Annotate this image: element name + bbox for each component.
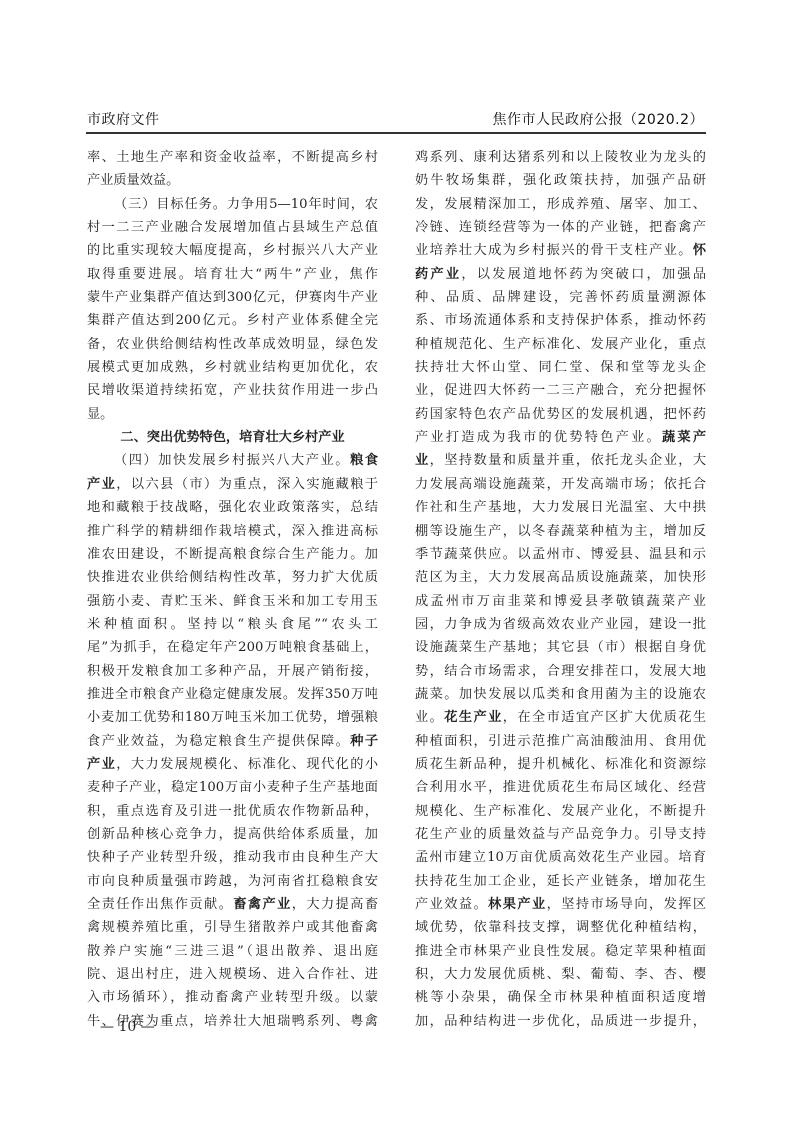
text-segment: 率、土地生产率和资金收益率，不断提高乡村 <box>87 150 378 165</box>
text-line: 积，重点选育及引进一批优质农作物新品种， <box>87 800 378 823</box>
text-line: 桃等小杂果，确保全市林果种植面积适度增 <box>415 986 706 1009</box>
text-line: 范区为主，大力发展高品质设施蔬菜，加快形 <box>415 566 706 589</box>
text-segment: 全责任作出焦作贡献。 <box>87 897 233 912</box>
text-line: 产业打造成为我市的优势特色产业。蔬菜产 <box>415 426 706 449</box>
bold-keyword: 种子 <box>350 734 378 749</box>
text-segment: ，以发展道地怀药为突破口，加强品 <box>461 267 706 282</box>
text-segment: 产业效益。 <box>415 897 488 912</box>
text-segment: ，大力发展规模化、标准化、现代化的小 <box>116 757 378 772</box>
text-segment: 冷链、连锁经营等为一体的产业链，把畜禽产 <box>415 220 706 235</box>
text-segment: 村一二三产业融合发展增加值占县域生产总值 <box>87 220 378 235</box>
text-line: 展模式更加成熟，乡村就业结构更加优化，农 <box>87 356 378 379</box>
text-line: 积，大力发展优质桃、梨、葡萄、李、杏、樱 <box>415 963 706 986</box>
text-segment: 准农田建设，不断提高粮食综合生产能力。加 <box>87 547 378 562</box>
text-segment: 发，发展精深加工，形成养殖、屠宰、加工、 <box>415 197 706 212</box>
text-segment: 快种子产业转型升级，推动我市由良种生产大 <box>87 850 378 865</box>
text-segment: （三）目标任务。力争用5—10年时间，农 <box>114 197 378 212</box>
text-segment: 食产业效益，为稳定粮食生产提供保障。 <box>87 734 350 749</box>
text-line: 备，农业供给侧结构性改革成效明显，绿色发 <box>87 333 378 356</box>
text-line: 快推进农业供给侧结构性改革，努力扩大优质 <box>87 566 378 589</box>
text-segment: 力发展高端设施蔬菜，开发高端市场；依托合 <box>415 477 706 492</box>
text-line: 业培养壮大成为乡村振兴的骨干支柱产业。怀 <box>415 239 706 262</box>
text-line: 扶持壮大怀山堂、同仁堂、保和堂等龙头企 <box>415 356 706 379</box>
text-segment: 取得重要进展。培育壮大“两牛”产业，焦作 <box>87 267 378 282</box>
text-line: 季节蔬菜供应。以孟州市、博爱县、温县和示 <box>415 543 706 566</box>
text-line: 加，品种结构进一步优化，品质进一步提升， <box>415 1010 706 1033</box>
text-line: 质花生新品种，提升机械化、标准化和资源综 <box>415 753 706 776</box>
text-line: 推进全市粮食产业稳定健康发展。发挥350万吨 <box>87 683 378 706</box>
text-line: 市向良种质量强市跨越，为河南省扛稳粮食安 <box>87 870 378 893</box>
text-line: 创新品种核心竞争力，提高供给体系质量，加 <box>87 823 378 846</box>
text-line: 系、市场流通体系和支持保护体系，推动怀药 <box>415 309 706 332</box>
text-segment: 市向良种质量强市跨越，为河南省扛稳粮食安 <box>87 874 378 889</box>
bold-keyword: 蔬菜产 <box>662 430 706 445</box>
text-line: 业，促进四大怀药一二三产融合，充分把握怀 <box>415 379 706 402</box>
text-segment: 二、突出优势特色，培育壮大乡村产业 <box>120 430 344 445</box>
text-segment: 域优势，依靠科技支撑，调整优化种植结构， <box>415 920 706 935</box>
text-line: 作社和生产基地，大力发展日光温室、大中拱 <box>415 496 706 519</box>
text-line: 小麦加工优势和180万吨玉米加工优势，增强粮 <box>87 706 378 729</box>
text-segment: ，坚持数量和质量并重，依托龙头企业，大 <box>430 453 706 468</box>
text-line: 规模化、生产标准化、发展产业化，不断提升 <box>415 800 706 823</box>
text-segment: 药国家特色农产品优势区的发展机遇，把怀药 <box>415 407 706 422</box>
text-line: 取得重要进展。培育壮大“两牛”产业，焦作 <box>87 263 378 286</box>
text-segment: ，坚持市场导向，发挥区 <box>547 897 706 912</box>
text-segment: 质花生新品种，提升机械化、标准化和资源综 <box>415 757 706 772</box>
text-segment: 奶牛牧场集群，强化政策扶持，加强产品研 <box>415 173 706 188</box>
text-segment: 蒙牛产业集群产值达到300亿元，伊赛肉牛产业 <box>87 290 378 305</box>
bold-keyword: 粮食 <box>350 453 378 468</box>
text-segment: 强筋小麦、青贮玉米、鲜食玉米和加工专用玉 <box>87 594 378 609</box>
text-segment: ，以六县（市）为重点，深入实施藏粮于 <box>116 477 378 492</box>
text-line: 率、土地生产率和资金收益率，不断提高乡村 <box>87 146 378 169</box>
text-segment: 麦种子产业，稳定100万亩小麦种子生产基地面 <box>87 780 378 795</box>
text-segment: 入市场循环），推动畜禽产业转型升级。以蒙 <box>87 990 378 1005</box>
text-segment: 设施蔬菜生产基地；其它县（市）根据自身优 <box>415 640 706 655</box>
text-segment: 业，促进四大怀药一二三产融合，充分把握怀 <box>415 383 706 398</box>
text-line: 产业，大力发展规模化、标准化、现代化的小 <box>87 753 378 776</box>
text-line: 成孟州市万亩韭菜和博爱县孝敬镇蔬菜产业 <box>415 590 706 613</box>
text-line: 集群产值达到200亿元。乡村产业体系健全完 <box>87 309 378 332</box>
text-line: （四）加快发展乡村振兴八大产业。粮食 <box>87 449 378 472</box>
text-line: 全责任作出焦作贡献。畜禽产业，大力提高畜 <box>87 893 378 916</box>
text-line: 业，坚持数量和质量并重，依托龙头企业，大 <box>415 449 706 472</box>
text-line: 村一二三产业融合发展增加值占县域生产总值 <box>87 216 378 239</box>
text-line: 尾”为抓手，在稳定年产200万吨粮食基础上， <box>87 636 378 659</box>
left-text-column: 率、土地生产率和资金收益率，不断提高乡村产业质量效益。（三）目标任务。力争用5—… <box>87 146 378 1033</box>
text-line: 禽规模养殖比重，引导生猪散养户或其他畜禽 <box>87 916 378 939</box>
text-line: 药国家特色农产品优势区的发展机遇，把怀药 <box>415 403 706 426</box>
text-segment: 系、市场流通体系和支持保护体系，推动怀药 <box>415 313 706 328</box>
bold-keyword: 林果产业 <box>488 897 547 912</box>
text-segment: 合利用水平，推进优质花生布局区域化、经营 <box>415 780 706 795</box>
text-segment: 种植规范化、生产标准化、发展产业化，重点 <box>415 337 706 352</box>
text-segment: 禽规模养殖比重，引导生猪散养户或其他畜禽 <box>87 920 378 935</box>
text-segment: 备，农业供给侧结构性改革成效明显，绿色发 <box>87 337 378 352</box>
header-section-title: 市政府文件 <box>87 109 160 129</box>
text-line: 民增收渠道持续拓宽，产业扶贫作用进一步凸 <box>87 379 378 402</box>
text-segment: 规模化、生产标准化、发展产业化，不断提升 <box>415 804 706 819</box>
text-line: 快种子产业转型升级，推动我市由良种生产大 <box>87 846 378 869</box>
text-segment: 加，品种结构进一步优化，品质进一步提升， <box>415 1014 706 1029</box>
text-line: 棚等设施生产，以冬春蔬菜种植为主，增加反 <box>415 520 706 543</box>
text-segment: 扶持花生加工企业，延长产业链条，增加花生 <box>415 874 706 889</box>
bold-keyword: 产业 <box>87 477 116 492</box>
text-segment: 小麦加工优势和180万吨玉米加工优势，增强粮 <box>87 710 378 725</box>
text-segment: 地和藏粮于技战略，强化农业政策落实，总结 <box>87 500 378 515</box>
text-segment: 桃等小杂果，确保全市林果种植面积适度增 <box>415 990 706 1005</box>
text-segment: 散养户实施“三进三退”（退出散养、退出庭 <box>87 944 378 959</box>
text-line: 产业，以六县（市）为重点，深入实施藏粮于 <box>87 473 378 496</box>
text-line: 冷链、连锁经营等为一体的产业链，把畜禽产 <box>415 216 706 239</box>
text-segment: 业。 <box>415 710 444 725</box>
text-segment: 院、退出村庄，进入规模场、进入合作社、进 <box>87 967 378 982</box>
text-segment: 展模式更加成熟，乡村就业结构更加优化，农 <box>87 360 378 375</box>
text-segment: 积，大力发展优质桃、梨、葡萄、李、杏、樱 <box>415 967 706 982</box>
text-line: 种植规范化、生产标准化、发展产业化，重点 <box>415 333 706 356</box>
text-segment: （四）加快发展乡村振兴八大产业。 <box>114 453 350 468</box>
text-segment: 的比重实现较大幅度提高，乡村振兴八大产业 <box>87 243 378 258</box>
text-line: 种、品质、品牌建设，完善怀药质量溯源体 <box>415 286 706 309</box>
text-segment: 产业质量效益。 <box>87 173 179 188</box>
text-line: 设施蔬菜生产基地；其它县（市）根据自身优 <box>415 636 706 659</box>
text-line: 产业效益。林果产业，坚持市场导向，发挥区 <box>415 893 706 916</box>
text-segment: 蔬菜。加快发展以瓜类和食用菌为主的设施农 <box>415 687 706 702</box>
text-line: 麦种子产业，稳定100万亩小麦种子生产基地面 <box>87 776 378 799</box>
text-line: 米种植面积。坚持以“粮头食尾”“农头工 <box>87 613 378 636</box>
text-line: （三）目标任务。力争用5—10年时间，农 <box>87 193 378 216</box>
text-line: 发，发展精深加工，形成养殖、屠宰、加工、 <box>415 193 706 216</box>
text-line: 推广科学的精耕细作栽培模式，深入推进高标 <box>87 520 378 543</box>
text-segment: 种、品质、品牌建设，完善怀药质量溯源体 <box>415 290 706 305</box>
text-segment: 推进全市粮食产业稳定健康发展。发挥350万吨 <box>87 687 378 702</box>
page-number: — 10 — <box>100 1019 155 1035</box>
text-segment: 棚等设施生产，以冬春蔬菜种植为主，增加反 <box>415 524 706 539</box>
text-line: 业。花生产业，在全市适宜产区扩大优质花生 <box>415 706 706 729</box>
bold-keyword: 怀 <box>693 243 706 258</box>
text-line: 合利用水平，推进优质花生布局区域化、经营 <box>415 776 706 799</box>
text-line: 显。 <box>87 403 378 426</box>
text-line: 种植面积，引进示范推广高油酸油用、食用优 <box>415 730 706 753</box>
section-heading: 二、突出优势特色，培育壮大乡村产业 <box>87 426 378 449</box>
text-segment: 显。 <box>87 407 113 422</box>
text-line: 扶持花生加工企业，延长产业链条，增加花生 <box>415 870 706 893</box>
text-line: 入市场循环），推动畜禽产业转型升级。以蒙 <box>87 986 378 1009</box>
text-line: 孟州市建立10万亩优质高效花生产业园。培育 <box>415 846 706 869</box>
text-line: 准农田建设，不断提高粮食综合生产能力。加 <box>87 543 378 566</box>
text-line: 园，力争成为省级高效农业产业园，建设一批 <box>415 613 706 636</box>
text-segment: 势，结合市场需求，合理安排茬口，发展大地 <box>415 664 706 679</box>
text-line: 药产业，以发展道地怀药为突破口，加强品 <box>415 263 706 286</box>
text-segment: 积，重点选育及引进一批优质农作物新品种， <box>87 804 378 819</box>
text-segment: 种植面积，引进示范推广高油酸油用、食用优 <box>415 734 706 749</box>
text-segment: 鸡系列、康利达猪系列和以上陵牧业为龙头的 <box>415 150 706 165</box>
bold-keyword: 业 <box>415 453 430 468</box>
text-line: 食产业效益，为稳定粮食生产提供保障。种子 <box>87 730 378 753</box>
text-segment: 业培养壮大成为乡村振兴的骨干支柱产业。 <box>415 243 693 258</box>
text-segment: 花生产业的质量效益与产品竞争力。引导支持 <box>415 827 706 842</box>
text-line: 力发展高端设施蔬菜，开发高端市场；依托合 <box>415 473 706 496</box>
text-segment: 范区为主，大力发展高品质设施蔬菜，加快形 <box>415 570 706 585</box>
text-line: 地和藏粮于技战略，强化农业政策落实，总结 <box>87 496 378 519</box>
text-line: 强筋小麦、青贮玉米、鲜食玉米和加工专用玉 <box>87 590 378 613</box>
text-line: 院、退出村庄，进入规模场、进入合作社、进 <box>87 963 378 986</box>
text-segment: 产业打造成为我市的优势特色产业。 <box>415 430 662 445</box>
text-segment: 创新品种核心竞争力，提高供给体系质量，加 <box>87 827 378 842</box>
text-line: 鸡系列、康利达猪系列和以上陵牧业为龙头的 <box>415 146 706 169</box>
text-segment: ，大力提高畜 <box>292 897 378 912</box>
text-segment: 尾”为抓手，在稳定年产200万吨粮食基础上， <box>87 640 378 655</box>
text-line: 积极开发粮食加工多种产品，开展产销衔接， <box>87 660 378 683</box>
text-line: 奶牛牧场集群，强化政策扶持，加强产品研 <box>415 169 706 192</box>
text-segment: 民增收渠道持续拓宽，产业扶贫作用进一步凸 <box>87 383 378 398</box>
header-publication-title: 焦作市人民政府公报（2020.2） <box>493 109 705 129</box>
text-line: 花生产业的质量效益与产品竞争力。引导支持 <box>415 823 706 846</box>
bold-keyword: 产业 <box>87 757 116 772</box>
page-header: 市政府文件 焦作市人民政府公报（2020.2） <box>86 112 706 134</box>
text-line: 散养户实施“三进三退”（退出散养、退出庭 <box>87 940 378 963</box>
bold-keyword: 畜禽产业 <box>233 897 292 912</box>
text-segment: 作社和生产基地，大力发展日光温室、大中拱 <box>415 500 706 515</box>
text-line: 蒙牛产业集群产值达到300亿元，伊赛肉牛产业 <box>87 286 378 309</box>
right-text-column: 鸡系列、康利达猪系列和以上陵牧业为龙头的奶牛牧场集群，强化政策扶持，加强产品研发… <box>415 146 706 1033</box>
text-segment: 集群产值达到200亿元。乡村产业体系健全完 <box>87 313 378 328</box>
text-line: 势，结合市场需求，合理安排茬口，发展大地 <box>415 660 706 683</box>
text-line: 蔬菜。加快发展以瓜类和食用菌为主的设施农 <box>415 683 706 706</box>
bold-keyword: 药产业 <box>415 267 461 282</box>
text-segment: 成孟州市万亩韭菜和博爱县孝敬镇蔬菜产业 <box>415 594 706 609</box>
text-segment: 积极开发粮食加工多种产品，开展产销衔接， <box>87 664 378 679</box>
text-segment: 季节蔬菜供应。以孟州市、博爱县、温县和示 <box>415 547 706 562</box>
text-line: 产业质量效益。 <box>87 169 378 192</box>
text-segment: 孟州市建立10万亩优质高效花生产业园。培育 <box>415 850 706 865</box>
text-segment: 快推进农业供给侧结构性改革，努力扩大优质 <box>87 570 378 585</box>
text-line: 的比重实现较大幅度提高，乡村振兴八大产业 <box>87 239 378 262</box>
text-segment: 推进全市林果产业良性发展。稳定苹果种植面 <box>415 944 706 959</box>
text-line: 域优势，依靠科技支撑，调整优化种植结构， <box>415 916 706 939</box>
text-segment: 推广科学的精耕细作栽培模式，深入推进高标 <box>87 524 378 539</box>
bold-keyword: 花生产业 <box>444 710 503 725</box>
text-segment: 园，力争成为省级高效农业产业园，建设一批 <box>415 617 706 632</box>
text-segment: 米种植面积。坚持以“粮头食尾”“农头工 <box>87 617 378 632</box>
text-segment: 扶持壮大怀山堂、同仁堂、保和堂等龙头企 <box>415 360 706 375</box>
text-line: 推进全市林果产业良性发展。稳定苹果种植面 <box>415 940 706 963</box>
text-segment: ，在全市适宜产区扩大优质花生 <box>503 710 706 725</box>
